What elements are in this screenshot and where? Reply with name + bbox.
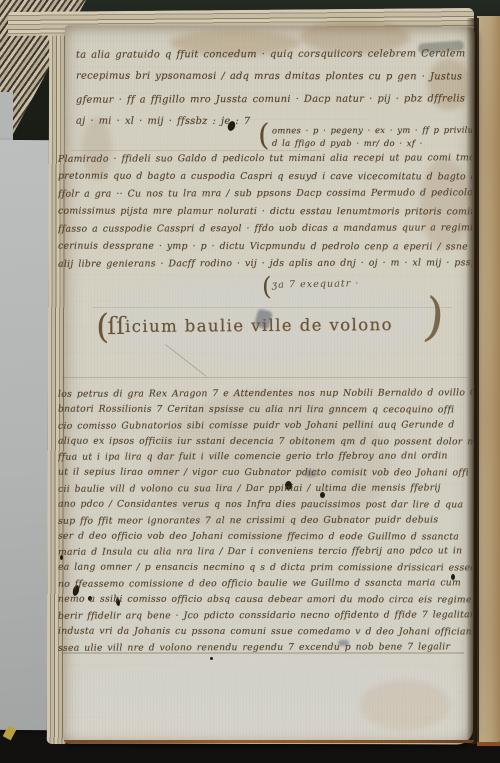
- manuscript-line: nemo a ssibi comisso officio absq causa …: [58, 592, 474, 609]
- manuscript-line: ffua ut i ipa lira q dar fuit i ville co…: [58, 449, 474, 466]
- ink-blot: [210, 657, 213, 660]
- paper-stain: [360, 680, 450, 730]
- manuscript-line: cerinuis dessprane · ymp · p · dictu Vic…: [58, 237, 472, 255]
- manuscript-line: gfemur · ff a ffigillo mro Jussta comuni…: [76, 88, 468, 112]
- text-block-main: los petrus di gra Rex Aragon 7 e Attende…: [58, 386, 474, 655]
- manuscript-line: ut il sepius lirao omner / vigor cuo Gub…: [58, 465, 474, 482]
- manuscript-line: alij libre genierans · Dacff rodino · vi…: [58, 254, 472, 272]
- manuscript-line: omnes · p · pegeny · ex · ym · ff p priv…: [272, 124, 472, 137]
- manuscript-line: sup ffo ffit meor ignorantes 7 al ne cri…: [58, 512, 474, 529]
- manuscript-line: d la ffigo d pyab · mr/ do · xf ·: [272, 136, 472, 149]
- manuscript-line: ffasso a cusspodie Casspri d esayol · ff…: [58, 219, 472, 238]
- text-block-top: ta alia gratuido q ffuit concedum · quiq…: [76, 44, 468, 134]
- page-bottom-edge: [64, 740, 474, 743]
- note-bracket: (: [262, 272, 272, 301]
- manuscript-line: aliquo ex ipsos officiis iur sstani dece…: [58, 433, 474, 450]
- manuscript-line: ssea ulie vill nre d volono renendu rege…: [58, 639, 474, 656]
- manuscript-line: berir ffidelir arq bene · Jco pdicto con…: [58, 607, 474, 624]
- manuscript-line: Plamirado · ffideli suo Galdo d pedicolo…: [58, 150, 472, 168]
- manuscript-line: comissimus pijsta mre plamur nolurati · …: [58, 202, 472, 220]
- chancery-note: (ʒa 7 exequatr ·: [262, 270, 360, 301]
- adjacent-page-bottom-edge: [477, 742, 500, 746]
- manuscript-line: cii baulie vill d volono cu sua lira / D…: [58, 480, 474, 497]
- manuscript-line: no ffeassemo comissione d deo officio ba…: [58, 575, 474, 592]
- manuscript-line: pretonmis quo d bagto a cuspodia Caspri …: [58, 167, 472, 185]
- marginal-note: omnes · p · pegeny · ex · ym · ff p priv…: [272, 124, 472, 149]
- manuscript-line: ser d deo officio vob deo Johani comissi…: [58, 528, 474, 545]
- text-block-middle: Plamirado · ffideli suo Galdo d pedicolo…: [58, 150, 472, 273]
- manuscript-line: industa vri da Johanis cu pssona comuni …: [58, 623, 474, 640]
- manuscript-line: ffolr a gra ·· Cu nos tu lra mra / sub p…: [58, 184, 472, 203]
- marginal-note-bracket: (: [258, 118, 270, 153]
- heading-initial-flourish: (: [96, 307, 108, 347]
- manuscript-line: bnatori Rossilionis 7 Ceritan spsisse cu…: [58, 401, 474, 418]
- manuscript-line: los petrus di gra Rex Aragon 7 e Attende…: [58, 386, 474, 403]
- manuscript-line: recepimus bri ypsonamosi / adq mras dmit…: [76, 66, 468, 89]
- section-heading: (ſſicium baulie ville de volono: [96, 305, 432, 347]
- heading-text: icium baulie ville de volono: [125, 315, 393, 336]
- manuscript-line: ano pdco / Considantes verus q nos Infra…: [58, 496, 474, 513]
- heading-initial: ſſ: [107, 312, 125, 340]
- slip-seam: [62, 377, 468, 378]
- manuscript-line: maria d Insula cu alia nra lira / Dar i …: [58, 544, 474, 561]
- chancery-note-text: ʒa 7 exequatr ·: [272, 278, 360, 291]
- manuscript-line: ea lang omner / p ensancis necmino q s d…: [58, 560, 474, 577]
- manuscript-line: cio comisso Gubnatorios sibi comisse pui…: [58, 417, 474, 434]
- manuscript-line: ta alia gratuido q ffuit concedum · quiq…: [76, 44, 468, 67]
- adjacent-page-edge: [477, 16, 500, 746]
